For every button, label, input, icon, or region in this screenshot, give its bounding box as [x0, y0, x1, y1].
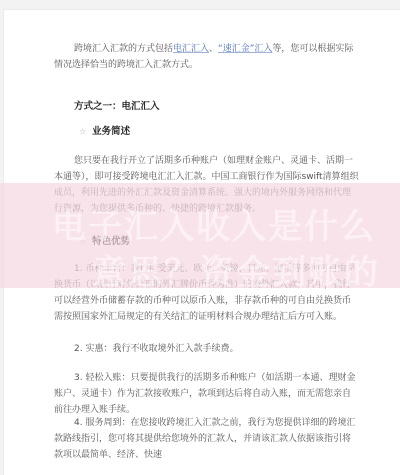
intro-separator: 、 — [209, 44, 218, 54]
overview-paragraph: 您只要在我行开立了活期多币种账户（如理财金账户、灵通卡、活期一本通等），即可接受… — [54, 153, 359, 217]
subsection-title: 业务简述 — [92, 126, 130, 137]
feature-item-2: 2. 实惠：我行不收取境外汇入款手续费。 — [54, 341, 359, 357]
feature-item-4: 4. 服务周到：在您接收跨境汇入汇款之前，我行为您提供详细的跨境汇款路线指引，您… — [54, 415, 359, 463]
link-wire-transfer[interactable]: 电汇汇入 — [173, 44, 209, 54]
section-heading: 方式之一：电汇汇入 — [74, 99, 160, 115]
subsection-title: 特色优势 — [92, 236, 130, 247]
star-icon: ☆ — [79, 127, 86, 136]
viewer-top-bar — [0, 0, 400, 9]
link-moneygram[interactable]: “速汇金”汇入 — [218, 44, 272, 54]
intro-text: 跨境汇入汇款的方式包括 — [74, 44, 173, 54]
subsection-heading-features: ☆特色优势 — [79, 234, 130, 250]
star-icon: ☆ — [79, 237, 86, 246]
intro-paragraph: 跨境汇入汇款的方式包括电汇汇入、“速汇金”汇入等，您可以根据实际情况选择恰当的跨… — [54, 41, 359, 73]
subsection-heading-overview: ☆业务简述 — [79, 124, 130, 140]
feature-item-3: 3. 轻松入账：只要提供我行的活期多币种账户（如活期一本通、理财金账户、灵通卡）… — [54, 370, 359, 418]
document-page: 跨境汇入汇款的方式包括电汇汇入、“速汇金”汇入等，您可以根据实际情况选择恰当的跨… — [3, 9, 400, 475]
feature-item-1: 1. 币种丰富：我行接受美元、欧元、英镑、日元、港币等多种可自由兑换货币（以我行… — [54, 261, 359, 325]
